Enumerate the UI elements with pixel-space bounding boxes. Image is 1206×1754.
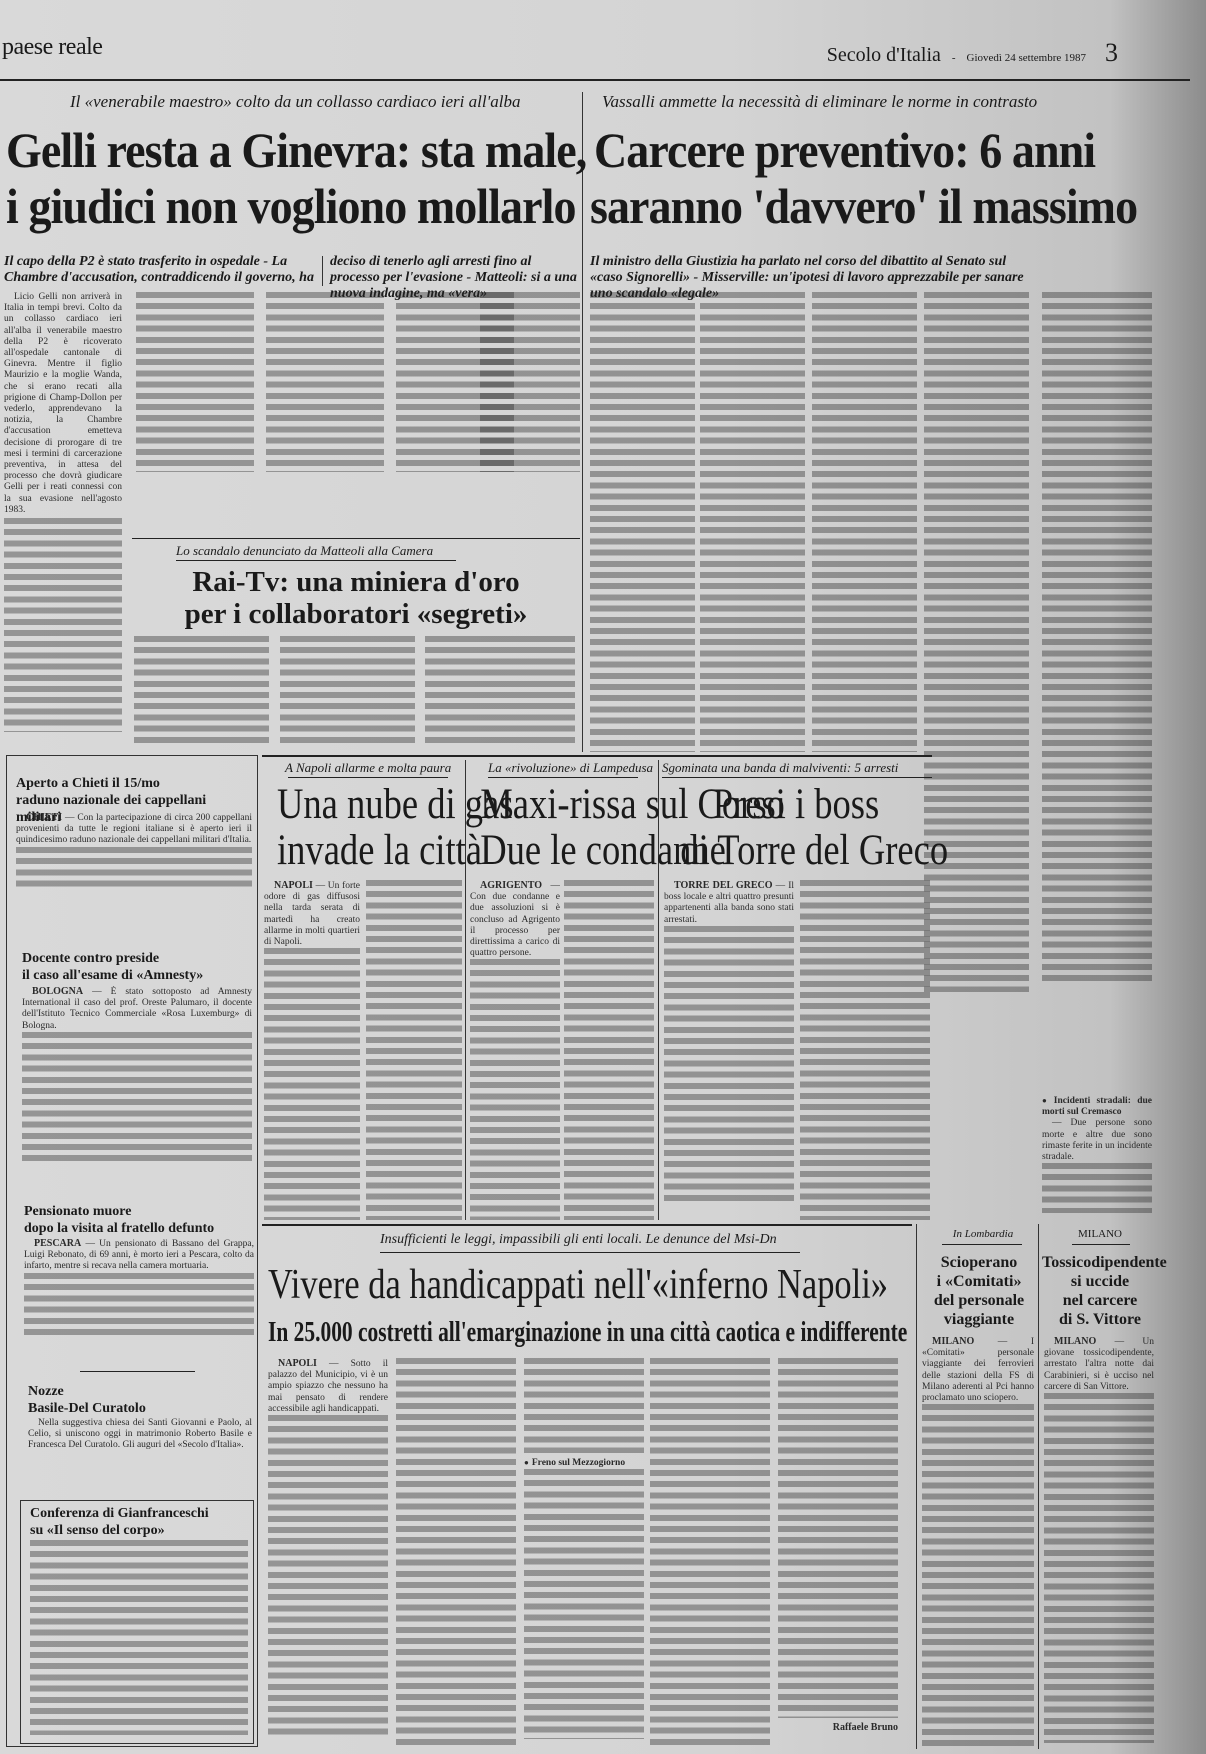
torre-dateline: TORRE DEL GRECO (674, 880, 773, 891)
napoli-body-col-2 (366, 880, 462, 1220)
text-filler (24, 1273, 254, 1338)
milano-dateline: MILANO (1054, 1336, 1096, 1347)
handicap-body-col-1: NAPOLI — Sotto il palazzo del Municipio,… (268, 1358, 388, 1748)
lead-right-col-2 (700, 292, 805, 752)
torre-headline-1: Presi i boss (680, 782, 911, 828)
masthead: Secolo d'Italia - Giovedì 24 settembre 1… (827, 38, 1118, 68)
lombardia-dateline: MILANO (932, 1336, 974, 1347)
torre-headline-2: di Torre del Greco (680, 828, 911, 874)
rai-headline-1: Rai-Tv: una miniera d'oro (136, 566, 576, 598)
nozze-headline: Nozze Basile-Del Curatolo (28, 1383, 252, 1417)
page-number: 3 (1105, 38, 1118, 67)
torre-body-col-2 (800, 880, 930, 1220)
brief-headline: Incidenti stradali: due morti sul Cremas… (1042, 1095, 1152, 1118)
napoli-dateline: NAPOLI (274, 880, 313, 891)
text-filler (922, 1404, 1034, 1748)
newspaper-page: paese reale Secolo d'Italia - Giovedì 24… (0, 0, 1206, 1754)
lead-right-col-3 (812, 292, 917, 752)
chieti-dateline: CHIETI (26, 812, 62, 823)
handicap-dateline: NAPOLI (278, 1358, 317, 1369)
lead-left-body-col-3 (266, 292, 384, 472)
chieti-headline-1: Aperto a Chieti il 15/mo (16, 775, 252, 792)
kicker-rule (488, 777, 638, 778)
lead-right-kicker: Vassalli ammette la necessità di elimina… (602, 92, 1037, 112)
kicker-rule (380, 1252, 800, 1253)
lampedusa-kicker: La «rivoluzione» di Lampedusa (488, 760, 653, 776)
lampedusa-headline-2: Due le condanne (480, 828, 642, 874)
brief-text: — Due persone sono morte e altre due son… (1042, 1118, 1152, 1163)
lombardia-kicker: In Lombardia (928, 1228, 1038, 1240)
lead-left-body-col-2 (136, 292, 254, 472)
docente-headline-1: Docente contro preside (22, 950, 252, 967)
rai-top-rule (132, 538, 580, 539)
kicker-rule (288, 777, 448, 778)
text-filler (268, 1415, 388, 1735)
rai-kicker-rule (176, 560, 456, 561)
lead-right-headline-1: Carcere preventivo: 6 anni (594, 124, 1095, 176)
handicap-headline: Vivere da handicappati nell'«inferno Nap… (268, 1262, 888, 1308)
nozze-headline-1: Nozze (28, 1383, 252, 1400)
handicap-body-col-2 (396, 1358, 516, 1748)
milano-headline: Tossicodipendente si uccide nel carcere … (1042, 1253, 1158, 1329)
docente-headline-2: il caso all'esame di «Amnesty» (22, 967, 252, 984)
text-filler (664, 926, 794, 1206)
rai-body-col-2 (280, 636, 415, 746)
milano-headline-3: nel carcere (1042, 1291, 1158, 1310)
napoli-headline-1: Una nube di gas (277, 782, 447, 828)
far-right-brief: Incidenti stradali: due morti sul Cremas… (1042, 1095, 1152, 1215)
nozze-body: Nella suggestiva chiesa dei Santi Giovan… (28, 1418, 252, 1483)
lombardia-headline-4: viaggiante (920, 1310, 1038, 1329)
text-filler (524, 1358, 644, 1453)
rai-headline-2: per i collaboratori «segreti» (136, 598, 576, 630)
text-filler (264, 948, 360, 1220)
separator: - (952, 52, 956, 64)
torre-kicker: Sgominata una banda di malviventi: 5 arr… (662, 760, 898, 776)
lampedusa-body-col-2 (564, 880, 654, 1220)
masthead-rule (0, 79, 1190, 81)
handicap-body-col-3: Freno sul Mezzogiorno (524, 1358, 644, 1748)
milano-body: MILANO — Un giovane tossicodipendente, a… (1044, 1336, 1154, 1748)
milano-kicker: MILANO (1046, 1228, 1154, 1240)
conferenza-headline: Conferenza di Gianfranceschi su «Il sens… (30, 1505, 250, 1539)
lead-left-headline-1: Gelli resta a Ginevra: sta male, (6, 124, 586, 176)
napoli-headline-2: invade la città (277, 828, 447, 874)
rai-kicker: Lo scandalo denunciato da Matteoli alla … (176, 543, 433, 559)
napoli-body-col-1: NAPOLI — Un forte odore di gas diffusosi… (264, 880, 360, 1220)
lead-right-col-1 (590, 292, 695, 752)
chieti-body: CHIETI — Con la partecipazione di circa … (16, 812, 252, 892)
lead-left-body-col-5 (480, 292, 580, 472)
pensionato-dateline: PESCARA (34, 1238, 81, 1249)
torre-body-col-1: TORRE DEL GRECO — Il boss locale e altri… (664, 880, 794, 1220)
conferenza-headline-1: Conferenza di Gianfranceschi (30, 1505, 250, 1522)
lead-left-summary-a: Il capo della P2 è stato trasferito in o… (4, 254, 316, 286)
far-right-col (1042, 292, 1152, 992)
nozze-headline-2: Basile-Del Curatolo (28, 1400, 252, 1417)
column-divider (1038, 1224, 1039, 1749)
rai-body-col-3 (425, 636, 575, 746)
pensionato-body: PESCARA — Un pensionato di Bassano del G… (24, 1238, 254, 1348)
lombardia-headline-1: Scioperano (920, 1253, 1038, 1272)
issue-date: Giovedì 24 settembre 1987 (967, 52, 1086, 64)
handicap-body-col-5: Raffaele Bruno (778, 1358, 898, 1748)
lead-right-headline-2: saranno 'davvero' il massimo (590, 180, 1137, 232)
author-signature: Raffaele Bruno (778, 1722, 898, 1733)
kicker-rule (662, 777, 932, 778)
milano-headline-2: si uccide (1042, 1272, 1158, 1291)
column-divider (916, 1224, 917, 1749)
section-label: paese reale (2, 34, 102, 61)
summary-divider (322, 256, 323, 286)
text-column-filler (4, 518, 122, 732)
docente-headline: Docente contro preside il caso all'esame… (22, 950, 252, 984)
milano-headline-4: di S. Vittore (1042, 1310, 1158, 1329)
kicker-rule (1072, 1244, 1130, 1245)
conferenza-body (30, 1540, 248, 1735)
text-filler (1042, 1163, 1152, 1213)
handicap-kicker: Insufficienti le leggi, impassibili gli … (380, 1232, 777, 1248)
boxed-note-title: Freno sul Mezzogiorno (524, 1457, 644, 1469)
handicap-subhead: In 25.000 costretti all'emarginazione in… (268, 1316, 907, 1348)
handicap-body-col-4 (650, 1358, 770, 1748)
text-filler (22, 1032, 252, 1162)
docente-body: BOLOGNA — È stato sottoposto ad Amnesty … (22, 986, 252, 1166)
newspaper-name: Secolo d'Italia (827, 44, 941, 66)
napoli-kicker: A Napoli allarme e molta paura (285, 760, 451, 776)
text-filler (16, 847, 252, 892)
handicap-top-rule (262, 1224, 912, 1226)
text-filler (1044, 1393, 1154, 1743)
text-filler (1042, 292, 1152, 982)
lampedusa-body-col-1: AGRIGENTO — Con due condanne e due assol… (470, 880, 560, 1220)
milano-headline-1: Tossicodipendente (1042, 1253, 1158, 1272)
rai-body-col-1 (134, 636, 269, 746)
lampedusa-text: — Con due condanne e due assoluzioni si … (470, 881, 560, 958)
lead-left-kicker: Il «venerabile maestro» colto da un coll… (70, 92, 520, 112)
lead-left-body-col-1: Licio Gelli non arriverà in Italia in te… (4, 292, 122, 732)
pensionato-headline-2: dopo la visita al fratello defunto (24, 1220, 254, 1237)
lombardia-body: MILANO — I «Comitati» personale viaggian… (922, 1336, 1034, 1748)
lead-right-col-4 (924, 292, 1029, 992)
lombardia-headline-2: i «Comitati» (920, 1272, 1038, 1291)
lampedusa-headline-1: Maxi-rissa sul Corso (480, 782, 642, 828)
text-filler (778, 1358, 898, 1718)
pensionato-headline: Pensionato muore dopo la visita al frate… (24, 1203, 254, 1237)
conferenza-headline-2: su «Il senso del corpo» (30, 1522, 250, 1539)
column-divider (582, 92, 583, 752)
lampedusa-dateline: AGRIGENTO (480, 880, 542, 891)
text-filler (470, 959, 560, 1220)
text-filler (524, 1469, 644, 1739)
divider-rule (80, 1371, 195, 1372)
docente-dateline: BOLOGNA (32, 986, 83, 997)
row2-top-rule (262, 755, 932, 757)
lead-left-body: Licio Gelli non arriverà in Italia in te… (4, 292, 122, 516)
lombardia-headline: Scioperano i «Comitati» del personale vi… (920, 1253, 1038, 1329)
lombardia-headline-3: del personale (920, 1291, 1038, 1310)
pensionato-headline-1: Pensionato muore (24, 1203, 254, 1220)
nozze-text: Nella suggestiva chiesa dei Santi Giovan… (28, 1418, 252, 1452)
lead-left-headline-2: i giudici non vogliono mollarlo (6, 180, 576, 232)
kicker-rule (942, 1244, 1022, 1245)
